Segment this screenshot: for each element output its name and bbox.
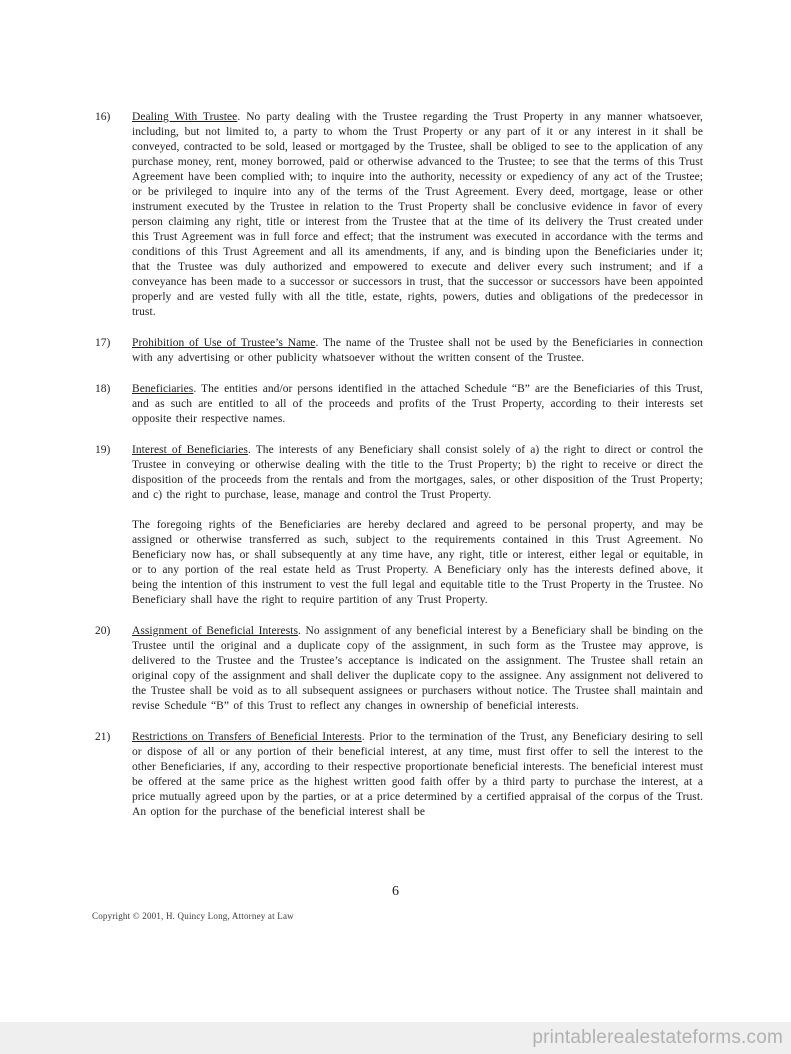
heading-separator: . — [248, 444, 251, 456]
section-18: 18) Beneficiaries. The entities and/or p… — [95, 382, 703, 427]
section-16: 16) Dealing With Trustee. No party deali… — [95, 110, 703, 320]
section-body-text: Prior to the termination of the Trust, a… — [132, 731, 703, 818]
section-heading: Prohibition of Use of Trustee’s Name — [132, 337, 315, 349]
section-text: Interest of Beneficiaries. The interests… — [132, 443, 703, 608]
section-text: Assignment of Beneficial Interests. No a… — [132, 624, 703, 714]
heading-separator: . — [193, 383, 196, 395]
heading-separator: . — [362, 731, 365, 743]
section-text: Prohibition of Use of Trustee’s Name. Th… — [132, 336, 703, 366]
section-text: Beneficiaries. The entities and/or perso… — [132, 382, 703, 427]
section-number: 18) — [95, 382, 132, 427]
watermark-text: printablerealestateforms.com — [532, 1027, 783, 1049]
section-17: 17) Prohibition of Use of Trustee’s Name… — [95, 336, 703, 366]
section-paragraph: Prohibition of Use of Trustee’s Name. Th… — [132, 336, 703, 366]
section-heading: Interest of Beneficiaries — [132, 444, 248, 456]
section-paragraph: Assignment of Beneficial Interests. No a… — [132, 624, 703, 714]
section-heading: Beneficiaries — [132, 383, 193, 395]
document-body: 16) Dealing With Trustee. No party deali… — [95, 110, 703, 836]
section-20: 20) Assignment of Beneficial Interests. … — [95, 624, 703, 714]
copyright-notice: Copyright © 2001, H. Quincy Long, Attorn… — [92, 911, 294, 922]
section-number: 20) — [95, 624, 132, 714]
section-21: 21) Restrictions on Transfers of Benefic… — [95, 730, 703, 820]
section-number: 17) — [95, 336, 132, 366]
section-heading: Dealing With Trustee — [132, 111, 237, 123]
section-body-text: No assignment of any beneficial interest… — [132, 625, 703, 712]
section-paragraph: Dealing With Trustee. No party dealing w… — [132, 110, 703, 320]
section-heading: Restrictions on Transfers of Beneficial … — [132, 731, 362, 743]
section-paragraph: Interest of Beneficiaries. The interests… — [132, 443, 703, 503]
section-number: 19) — [95, 443, 132, 608]
section-text: Restrictions on Transfers of Beneficial … — [132, 730, 703, 820]
section-heading: Assignment of Beneficial Interests — [132, 625, 298, 637]
section-19: 19) Interest of Beneficiaries. The inter… — [95, 443, 703, 608]
watermark-bar: printablerealestateforms.com — [0, 1022, 791, 1054]
heading-separator: . — [298, 625, 301, 637]
section-paragraph: Beneficiaries. The entities and/or perso… — [132, 382, 703, 427]
heading-separator: . — [315, 337, 318, 349]
section-number: 21) — [95, 730, 132, 820]
page-number: 6 — [0, 884, 791, 900]
section-number: 16) — [95, 110, 132, 320]
heading-separator: . — [237, 111, 240, 123]
section-continuation-paragraph: The foregoing rights of the Beneficiarie… — [132, 518, 703, 608]
section-body-text: No party dealing with the Trustee regard… — [132, 111, 703, 318]
section-body-text: The entities and/or persons identified i… — [132, 383, 703, 425]
section-paragraph: Restrictions on Transfers of Beneficial … — [132, 730, 703, 820]
section-text: Dealing With Trustee. No party dealing w… — [132, 110, 703, 320]
